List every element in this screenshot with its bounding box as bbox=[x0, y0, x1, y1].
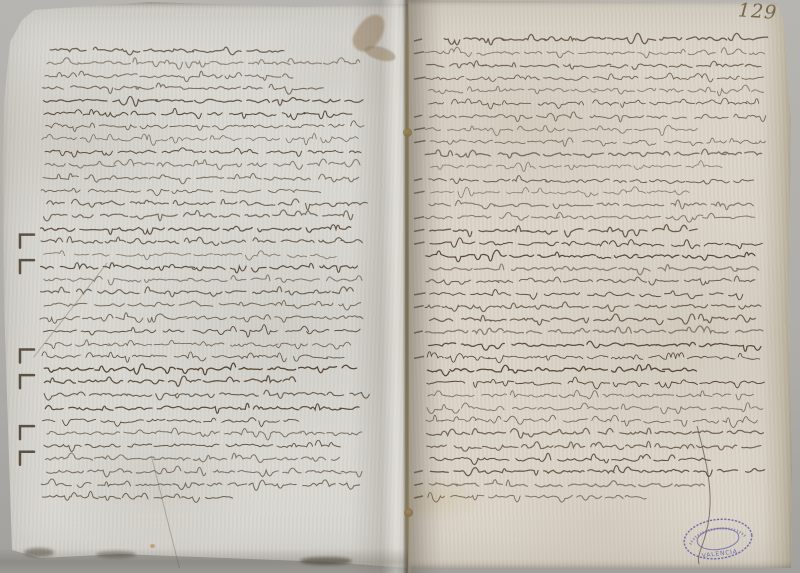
handwriting-line bbox=[50, 47, 284, 55]
handwriting-line bbox=[41, 225, 351, 235]
handwriting-line bbox=[44, 251, 337, 260]
handwriting-line bbox=[429, 98, 759, 109]
handwriting-line bbox=[47, 466, 362, 477]
paragraph-mark bbox=[20, 235, 34, 248]
handwriting-line bbox=[429, 200, 754, 210]
handwriting-line bbox=[41, 263, 358, 273]
handwriting-line bbox=[427, 377, 765, 389]
handwriting-line bbox=[426, 276, 755, 285]
margin-dash bbox=[414, 242, 425, 244]
handwriting-line bbox=[427, 403, 763, 414]
handwriting-line bbox=[425, 149, 762, 158]
handwriting-line bbox=[431, 161, 723, 172]
handwriting-line bbox=[45, 403, 359, 413]
handwriting-line bbox=[425, 212, 754, 222]
margin-dash bbox=[414, 293, 426, 295]
handwriting-line bbox=[430, 466, 764, 477]
margin-dash bbox=[414, 306, 424, 308]
margin-dash bbox=[414, 217, 424, 219]
handwriting-line bbox=[44, 376, 295, 387]
margin-dash bbox=[414, 52, 424, 54]
archive-stamp: VALENCIA bbox=[676, 511, 760, 567]
handwriting-line bbox=[430, 225, 698, 237]
handwriting-line bbox=[444, 33, 767, 44]
handwriting-line bbox=[427, 352, 759, 363]
margin-dash bbox=[414, 496, 423, 498]
margin-dash bbox=[414, 141, 426, 143]
handwriting-line bbox=[45, 71, 293, 81]
handwriting-line bbox=[47, 58, 360, 69]
margin-dash bbox=[414, 331, 423, 333]
handwriting-line bbox=[430, 138, 765, 147]
manuscript-photo: 129 VALENCIA bbox=[0, 0, 800, 573]
handwriting-line bbox=[43, 173, 359, 183]
handwriting-line bbox=[425, 302, 761, 312]
margin-dash bbox=[414, 229, 425, 231]
handwriting-line bbox=[431, 187, 689, 198]
handwriting-line bbox=[41, 287, 354, 297]
margin-dash bbox=[414, 356, 424, 358]
handwriting-line bbox=[43, 83, 324, 94]
handwriting-line bbox=[426, 250, 755, 262]
handwriting-line bbox=[427, 364, 696, 375]
margin-dash bbox=[414, 39, 422, 41]
archive-stamp-label: VALENCIA bbox=[702, 548, 739, 559]
handwriting-line bbox=[430, 290, 743, 300]
binding-thread-knot bbox=[403, 128, 412, 137]
handwriting-line bbox=[42, 352, 344, 363]
handwriting-line bbox=[42, 491, 232, 502]
handwriting-line bbox=[46, 453, 340, 462]
handwriting-line bbox=[425, 326, 763, 335]
handwriting-line bbox=[41, 188, 321, 195]
handwriting-line bbox=[45, 340, 351, 349]
handwriting-line bbox=[41, 237, 362, 246]
paragraph-mark bbox=[20, 452, 34, 465]
margin-dash bbox=[414, 128, 425, 130]
paragraph-mark bbox=[20, 375, 34, 388]
handwriting-line bbox=[425, 47, 764, 58]
handwriting-line bbox=[426, 73, 763, 82]
handwriting-line bbox=[427, 61, 761, 70]
handwriting-line bbox=[46, 121, 365, 132]
paragraph-mark bbox=[20, 260, 34, 273]
handwriting-line bbox=[44, 390, 369, 400]
margin-dash bbox=[414, 77, 426, 79]
handwriting-line bbox=[44, 275, 362, 285]
handwriting-line bbox=[429, 85, 764, 96]
handwriting-line bbox=[42, 133, 358, 145]
handwriting-line bbox=[427, 441, 761, 451]
handwriting-line bbox=[430, 453, 710, 464]
handwriting-line bbox=[429, 341, 761, 351]
margin-dash bbox=[414, 179, 422, 181]
handwriting-line bbox=[40, 313, 363, 324]
binding-thread-knot bbox=[404, 508, 413, 517]
margin-dash bbox=[414, 471, 423, 473]
handwriting-line bbox=[429, 176, 754, 184]
handwriting-line bbox=[44, 300, 361, 310]
handwriting-line bbox=[429, 112, 765, 122]
handwriting-line bbox=[430, 238, 762, 249]
margin-dash bbox=[414, 483, 423, 485]
handwriting-line bbox=[43, 325, 360, 337]
handwriting-line bbox=[41, 479, 360, 490]
handwriting-line bbox=[428, 493, 646, 503]
handwriting-line bbox=[44, 108, 352, 119]
handwriting-line bbox=[430, 314, 756, 325]
paragraph-mark bbox=[20, 426, 34, 439]
handwriting-line bbox=[44, 210, 353, 221]
margin-dash bbox=[414, 115, 422, 117]
folio-number: 129 bbox=[737, 0, 788, 25]
margin-dash bbox=[414, 191, 425, 193]
handwriting-line bbox=[44, 96, 363, 106]
handwriting-line bbox=[430, 264, 759, 275]
left-page-handwriting bbox=[0, 2, 408, 570]
stain bbox=[150, 544, 155, 548]
handwriting-line bbox=[426, 125, 698, 135]
handwriting-line bbox=[47, 199, 367, 210]
handwriting-line bbox=[47, 428, 362, 440]
handwriting-line bbox=[427, 428, 764, 438]
right-page-handwriting bbox=[408, 0, 793, 568]
handwriting-line bbox=[44, 363, 357, 375]
handwriting-line bbox=[428, 390, 754, 400]
handwriting-line bbox=[426, 415, 757, 427]
paragraph-mark bbox=[20, 350, 34, 363]
handwriting-line bbox=[44, 440, 340, 451]
handwriting-line bbox=[43, 418, 299, 427]
handwriting-line bbox=[430, 480, 705, 487]
handwriting-line bbox=[45, 148, 361, 157]
handwriting-line bbox=[45, 159, 360, 170]
